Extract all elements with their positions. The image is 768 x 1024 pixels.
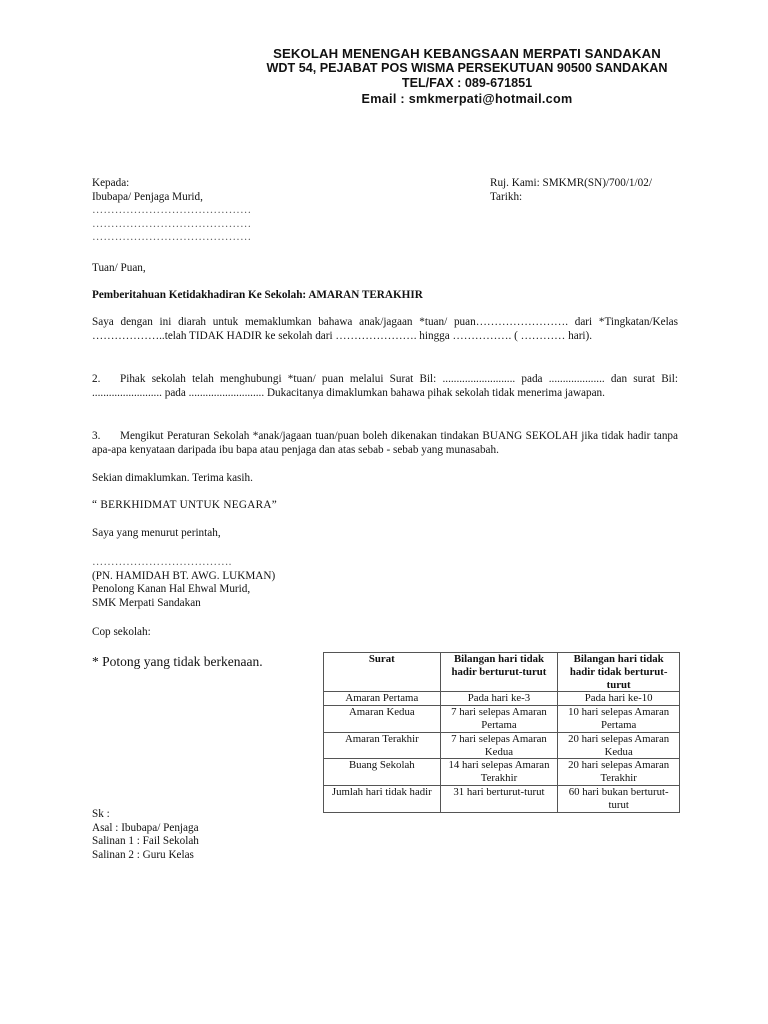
school-stamp-label: Cop sekolah: xyxy=(92,626,151,640)
school-email: Email : smkmerpati@hotmail.com xyxy=(250,91,684,107)
paragraph-1: Saya dengan ini diarah untuk memaklumkan… xyxy=(92,316,678,343)
warning-schedule-table: Surat Bilangan hari tidak hadir berturut… xyxy=(323,652,680,813)
paragraph-2: 2.Pihak sekolah telah menghubungi *tuan/… xyxy=(92,373,678,400)
table-row: Amaran Kedua 7 hari selepas Amaran Perta… xyxy=(324,706,680,733)
table-cell: 60 hari bukan berturut-turut xyxy=(558,785,680,812)
table-row: Amaran Pertama Pada hari ke-3 Pada hari … xyxy=(324,692,680,706)
recipient-name: Ibubapa/ Penjaga Murid, xyxy=(92,191,412,205)
closing-remark: Sekian dimaklumkan. Terima kasih. xyxy=(92,472,253,486)
table-cell: Amaran Kedua xyxy=(324,706,441,733)
table-row: Buang Sekolah 14 hari selepas Amaran Ter… xyxy=(324,759,680,786)
reference-date: Tarikh: xyxy=(490,191,690,205)
recipient-address-line: …………………………………… xyxy=(92,231,412,245)
table-cell: 14 hari selepas Amaran Terakhir xyxy=(440,759,558,786)
strike-note: * Potong yang tidak berkenaan. xyxy=(92,654,263,670)
copy-line: Salinan 1 : Fail Sekolah xyxy=(92,835,199,849)
copies-label: Sk : xyxy=(92,808,199,822)
table-row: Amaran Terakhir 7 hari selepas Amaran Ke… xyxy=(324,732,680,759)
signatory-name: (PN. HAMIDAH BT. AWG. LUKMAN) xyxy=(92,570,275,584)
table-header-row: Surat Bilangan hari tidak hadir berturut… xyxy=(324,653,680,692)
motto: “ BERKHIDMAT UNTUK NEGARA” xyxy=(92,499,277,513)
table-cell: 20 hari selepas Amaran Kedua xyxy=(558,732,680,759)
school-name: SEKOLAH MENENGAH KEBANGSAAN MERPATI SAND… xyxy=(250,46,684,61)
letterhead: SEKOLAH MENENGAH KEBANGSAAN MERPATI SAND… xyxy=(250,46,684,107)
paragraph-text: Pihak sekolah telah menghubungi *tuan/ p… xyxy=(92,373,678,399)
signature-block: ………………………………. (PN. HAMIDAH BT. AWG. LUKM… xyxy=(92,556,275,610)
recipient-block: Kepada: Ibubapa/ Penjaga Murid, ……………………… xyxy=(92,177,412,245)
letter-subject: Pemberitahuan Ketidakhadiran Ke Sekolah:… xyxy=(92,289,423,303)
reference-block: Ruj. Kami: SMKMR(SN)/700/1/02/ Tarikh: xyxy=(490,177,690,204)
signatory-title: Penolong Kanan Hal Ehwal Murid, xyxy=(92,583,275,597)
school-tel-fax: TEL/FAX : 089-671851 xyxy=(250,76,684,91)
reference-number: Ruj. Kami: SMKMR(SN)/700/1/02/ xyxy=(490,177,690,191)
closing-phrase: Saya yang menurut perintah, xyxy=(92,527,221,541)
copy-line: Asal : Ibubapa/ Penjaga xyxy=(92,822,199,836)
table-header: Bilangan hari tidak hadir tidak berturut… xyxy=(558,653,680,692)
table-cell: Pada hari ke-10 xyxy=(558,692,680,706)
table-cell: 20 hari selepas Amaran Terakhir xyxy=(558,759,680,786)
school-address: WDT 54, PEJABAT POS WISMA PERSEKUTUAN 90… xyxy=(250,61,684,76)
table-cell: 10 hari selepas Amaran Pertama xyxy=(558,706,680,733)
copy-line: Salinan 2 : Guru Kelas xyxy=(92,849,199,863)
table-header: Surat xyxy=(324,653,441,692)
table-cell: Jumlah hari tidak hadir xyxy=(324,785,441,812)
table-cell: Amaran Pertama xyxy=(324,692,441,706)
table-cell: Pada hari ke-3 xyxy=(440,692,558,706)
signature-line: ………………………………. xyxy=(92,556,275,570)
table-row: Jumlah hari tidak hadir 31 hari berturut… xyxy=(324,785,680,812)
salutation: Tuan/ Puan, xyxy=(92,262,146,276)
table-header: Bilangan hari tidak hadir berturut-turut xyxy=(440,653,558,692)
recipient-address-line: …………………………………… xyxy=(92,218,412,232)
copies-block: Sk : Asal : Ibubapa/ Penjaga Salinan 1 :… xyxy=(92,808,199,862)
paragraph-number: 3. xyxy=(92,430,120,444)
table-cell: 7 hari selepas Amaran Kedua xyxy=(440,732,558,759)
table-cell: 7 hari selepas Amaran Pertama xyxy=(440,706,558,733)
paragraph-3: 3.Mengikut Peraturan Sekolah *anak/jagaa… xyxy=(92,430,678,457)
paragraph-text: Mengikut Peraturan Sekolah *anak/jagaan … xyxy=(92,430,678,456)
paragraph-number: 2. xyxy=(92,373,120,387)
table-cell: 31 hari berturut-turut xyxy=(440,785,558,812)
recipient-address-line: …………………………………… xyxy=(92,204,412,218)
recipient-label: Kepada: xyxy=(92,177,412,191)
table-cell: Amaran Terakhir xyxy=(324,732,441,759)
signatory-school: SMK Merpati Sandakan xyxy=(92,597,275,611)
table-cell: Buang Sekolah xyxy=(324,759,441,786)
